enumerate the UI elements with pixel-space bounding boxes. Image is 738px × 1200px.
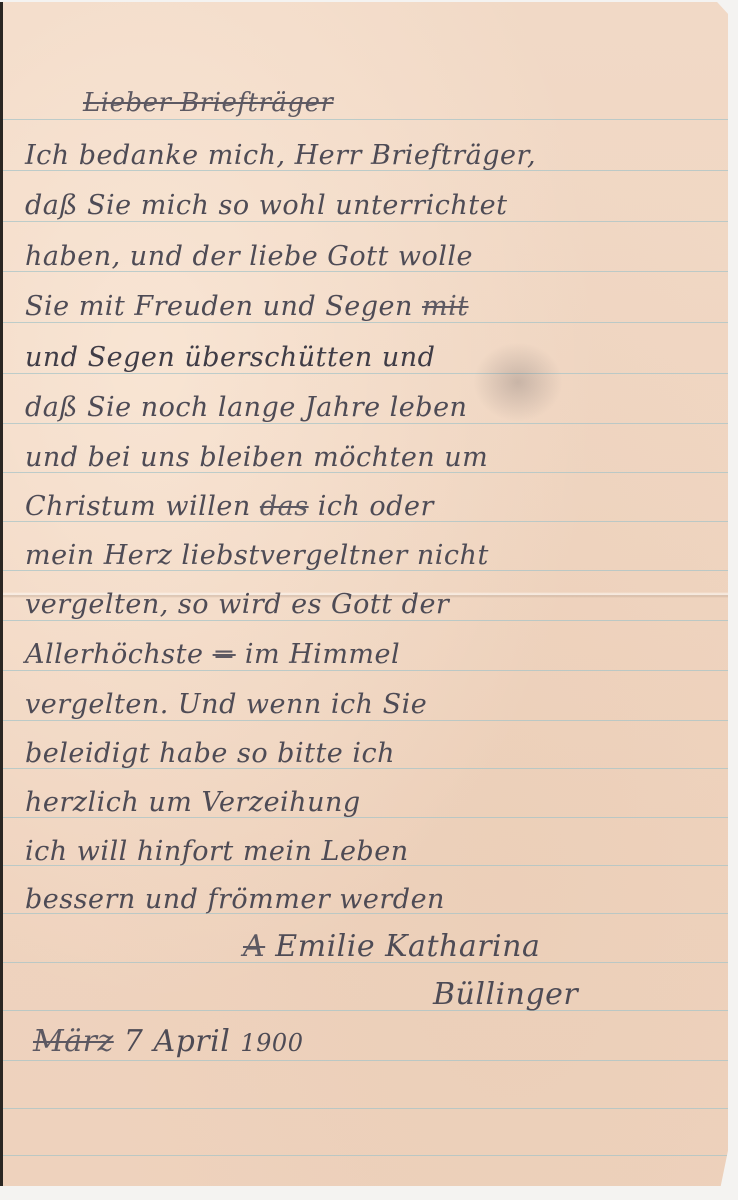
letter-line-8-before: Christum willen bbox=[25, 491, 251, 522]
letter-line-5: und Segen überschütten und bbox=[25, 344, 435, 371]
letter-line-13: beleidigt habe so bitte ich bbox=[25, 740, 395, 767]
letter-line-16: bessern und frömmer werden bbox=[25, 886, 445, 913]
ruled-line bbox=[3, 119, 728, 120]
letter-line-8: Christum willen das ich oder bbox=[25, 493, 434, 520]
ruled-line bbox=[3, 620, 728, 621]
letter-line-11-before: Allerhöchste bbox=[25, 639, 204, 670]
letter-line-3: haben, und der liebe Gott wolle bbox=[25, 243, 473, 270]
ruled-line bbox=[3, 1155, 728, 1156]
ruled-line bbox=[3, 1108, 728, 1109]
struck-month: März bbox=[33, 1024, 114, 1059]
ruled-paper-sheet: Lieber Briefträger Ich bedanke mich, Her… bbox=[0, 2, 728, 1186]
letter-line-12: vergelten. Und wenn ich Sie bbox=[25, 691, 427, 718]
letter-line-14: herzlich um Verzeihung bbox=[25, 789, 361, 816]
ruled-line bbox=[3, 1010, 728, 1011]
signature-given-names: A Emilie Katharina bbox=[243, 932, 540, 962]
struck-word: = bbox=[213, 639, 236, 670]
signature-surname: Büllinger bbox=[433, 980, 578, 1010]
struck-word: das bbox=[260, 491, 309, 522]
ruled-line bbox=[3, 670, 728, 671]
scanned-page: Lieber Briefträger Ich bedanke mich, Her… bbox=[0, 0, 738, 1200]
date-year: 1900 bbox=[240, 1029, 303, 1057]
ruled-line bbox=[3, 322, 728, 323]
letter-line-9: mein Herz liebstvergeltner nicht bbox=[25, 542, 489, 569]
date-day: 7 bbox=[124, 1024, 144, 1059]
ruled-line bbox=[3, 373, 728, 374]
ruled-line bbox=[3, 221, 728, 222]
struck-word: mit bbox=[422, 291, 469, 322]
letter-line-10: vergelten, so wird es Gott der bbox=[25, 591, 449, 618]
graphite-smudge bbox=[473, 342, 563, 422]
ruled-line bbox=[3, 423, 728, 424]
signature-names: Emilie Katharina bbox=[275, 929, 540, 964]
letter-line-11: Allerhöchste = im Himmel bbox=[25, 641, 400, 668]
letter-line-4: Sie mit Freuden und Segen mit bbox=[25, 293, 469, 320]
salutation: Lieber Briefträger bbox=[83, 90, 333, 116]
struck-initial: A bbox=[243, 929, 265, 964]
letter-line-4-text: Sie mit Freuden und Segen bbox=[25, 291, 413, 322]
letter-line-1: Ich bedanke mich, Herr Briefträger, bbox=[25, 142, 536, 169]
ruled-line bbox=[3, 1060, 728, 1061]
struck-salutation: Lieber Briefträger bbox=[83, 88, 333, 118]
date-month: April bbox=[153, 1024, 230, 1059]
letter-date: März 7 April 1900 bbox=[33, 1027, 303, 1057]
letter-line-7: und bei uns bleiben möchten um bbox=[25, 444, 488, 471]
letter-line-6: daß Sie noch lange Jahre leben bbox=[25, 394, 467, 421]
letter-line-15: ich will hinfort mein Leben bbox=[25, 838, 409, 865]
letter-line-2: daß Sie mich so wohl unterrichtet bbox=[25, 192, 507, 219]
ruled-line bbox=[3, 720, 728, 721]
letter-line-11-after: im Himmel bbox=[245, 639, 400, 670]
letter-line-8-after: ich oder bbox=[318, 491, 434, 522]
